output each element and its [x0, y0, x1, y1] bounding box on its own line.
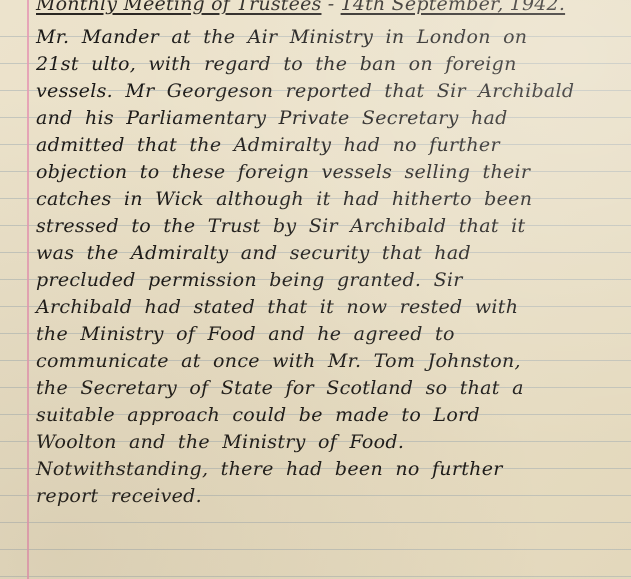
text-line: precluded permission being granted. Sir — [36, 267, 626, 294]
text-line: the Ministry of Food and he agreed to — [36, 321, 626, 348]
text-line: communicate at once with Mr. Tom Johnsto… — [36, 348, 626, 375]
text-line: suitable approach could be made to Lord — [36, 402, 626, 429]
text-line: Archibald had stated that it now rested … — [36, 294, 626, 321]
text-line: 21st ulto, with regard to the ban on for… — [36, 51, 626, 78]
text-line: stressed to the Trust by Sir Archibald t… — [36, 213, 626, 240]
text-line: was the Admiralty and security that had — [36, 240, 626, 267]
text-line: objection to these foreign vessels selli… — [36, 159, 626, 186]
text-line: catches in Wick although it had hitherto… — [36, 186, 626, 213]
handwritten-body: Mr. Mander at the Air Ministry in London… — [36, 24, 626, 510]
page-heading: Monthly Meeting of Trustees - 14th Septe… — [36, 0, 565, 15]
text-line: the Secretary of State for Scotland so t… — [36, 375, 626, 402]
text-line: and his Parliamentary Private Secretary … — [36, 105, 626, 132]
text-line: Mr. Mander at the Air Ministry in London… — [36, 24, 626, 51]
heading-separator: - — [321, 0, 340, 15]
margin-rule — [27, 0, 29, 579]
text-line: report received. — [36, 483, 626, 510]
text-line: Woolton and the Ministry of Food. — [36, 429, 626, 456]
heading-title: Monthly Meeting of Trustees — [36, 0, 321, 15]
text-line: Notwithstanding, there had been no furth… — [36, 456, 626, 483]
lined-paper-page: Monthly Meeting of Trustees - 14th Septe… — [0, 0, 631, 579]
text-line: vessels. Mr Georgeson reported that Sir … — [36, 78, 626, 105]
text-line: admitted that the Admiralty had no furth… — [36, 132, 626, 159]
heading-date: 14th September, 1942. — [341, 0, 565, 15]
